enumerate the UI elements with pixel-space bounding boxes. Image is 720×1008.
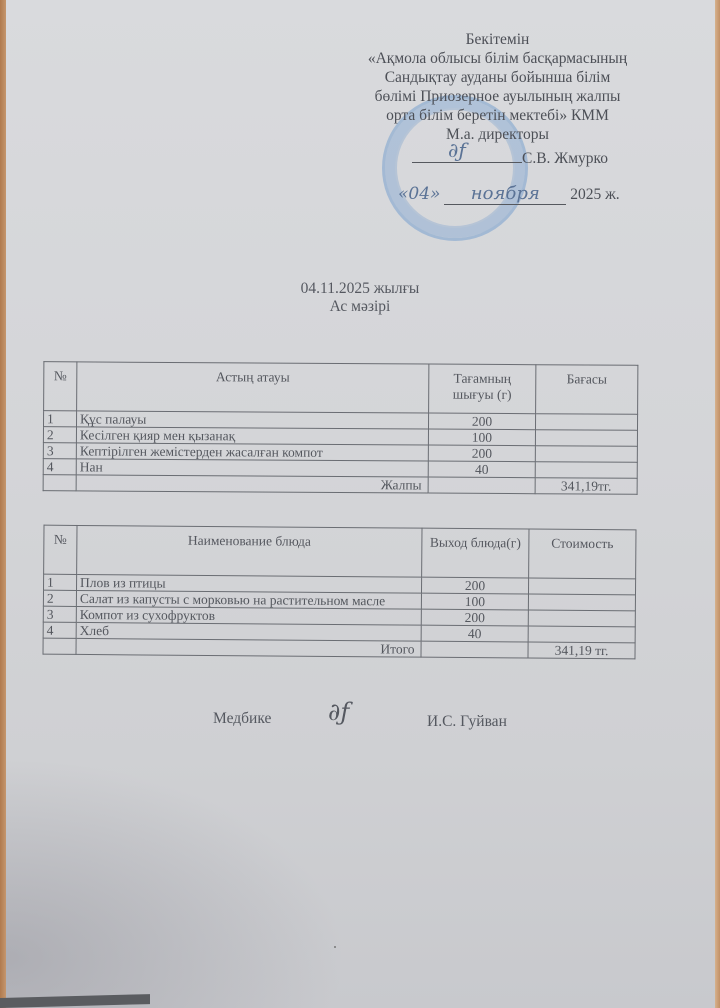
col-header-output: Выход блюда(г) [422, 528, 529, 578]
nurse-signature-icon: ∂ƒ [328, 698, 349, 726]
total-value: 341,19 тг. [528, 642, 635, 659]
col-header-name: Астың атауы [77, 362, 429, 413]
table-header-row: № Наименование блюда Выход блюда(г) Стои… [44, 525, 636, 579]
paper-speck [334, 946, 336, 948]
approval-position: М.а. директоры [340, 125, 655, 144]
signature-line: ∂ƒ [412, 146, 522, 163]
col-header-price: Стоимость [529, 529, 636, 579]
menu-table-kz: № Астың атауы Тағамның шығуы (г) Бағасы … [43, 361, 639, 495]
signature-icon: ∂ƒ [448, 138, 466, 162]
approval-org-line: бөлімі Приозерное ауылының жалпы [340, 87, 655, 106]
director-name: С.В. Жмурко [522, 150, 608, 167]
total-value: 341,19тг. [535, 478, 637, 495]
nurse-name: И.С. Гуйван [427, 713, 507, 731]
approval-month-line: ноября [444, 183, 566, 205]
approval-year: 2025 ж. [570, 186, 619, 203]
col-header-number: № [44, 362, 77, 411]
total-label: Жалпы [76, 475, 428, 493]
nurse-role: Медбике [213, 710, 271, 728]
document-title: Ас мәзірі [0, 298, 720, 316]
document-date: 04.11.2025 жылғы [0, 280, 720, 298]
shadow [6, 758, 346, 1008]
director-signature-row: ∂ƒ С.В. Жмурко [412, 146, 608, 168]
approval-date-row: «04» ноября 2025 ж. [398, 183, 620, 205]
approval-org-line: «Ақмола облысы білім басқармасының [340, 49, 655, 68]
approval-heading: Бекітемін [340, 30, 655, 49]
col-header-output: Тағамның шығуы (г) [429, 364, 536, 414]
approval-month: ноября [471, 183, 540, 204]
desk-edge-right [715, 0, 720, 1008]
total-label: Итого [76, 638, 421, 657]
approval-org-line: Сандықтау ауданы бойынша білім [340, 68, 655, 87]
col-header-number: № [44, 525, 77, 574]
approval-day: 04 [408, 184, 430, 204]
col-header-name: Наименование блюда [77, 525, 422, 577]
approval-org-line: орта білім беретін мектебі» КММ [340, 106, 655, 125]
col-header-price: Бағасы [536, 365, 638, 415]
menu-table-ru: № Наименование блюда Выход блюда(г) Стои… [42, 525, 636, 660]
table-header-row: № Астың атауы Тағамның шығуы (г) Бағасы [44, 362, 638, 415]
table-total-row: Жалпы 341,19тг. [43, 475, 637, 495]
approval-block: Бекітемін «Ақмола облысы білім басқармас… [340, 30, 655, 144]
